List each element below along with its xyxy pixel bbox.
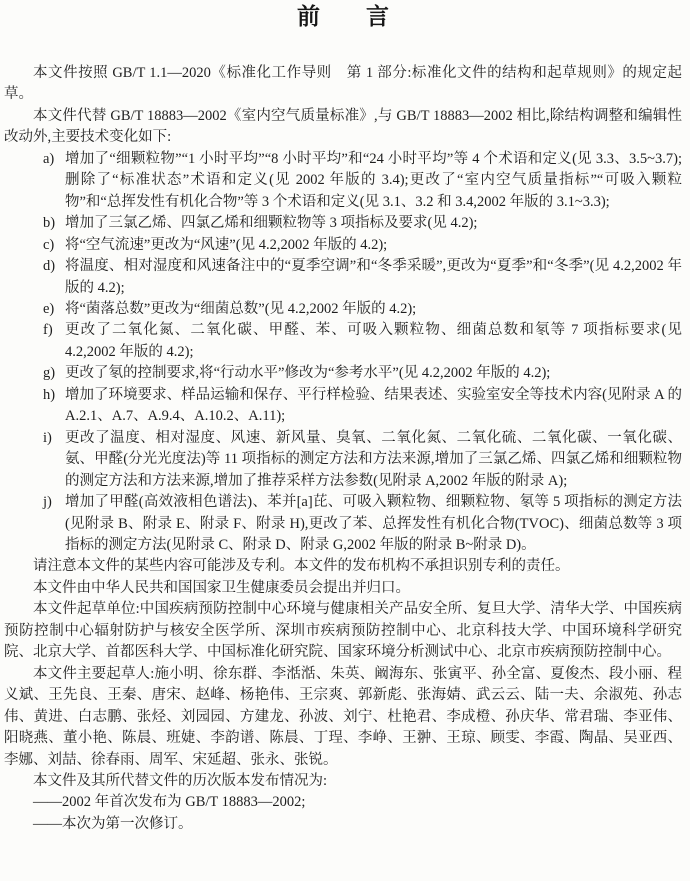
patent-notice-paragraph: 请注意本文件的某些内容可能涉及专利。本文件的发布机构不承担识别专利的责任。 bbox=[4, 556, 682, 577]
item-marker-g: g) bbox=[43, 363, 55, 384]
item-marker-a: a) bbox=[43, 149, 54, 170]
item-text-g: 更改了氡的控制要求,将“行动水平”修改为“参考水平”(见 4.2,2002 年版… bbox=[65, 365, 550, 381]
item-marker-d: d) bbox=[43, 256, 55, 277]
change-item-i: i)更改了温度、相对湿度、风速、新风量、臭氧、二氧化氮、二氧化硫、二氧化碳、一氧… bbox=[65, 428, 682, 492]
item-text-b: 增加了三氯乙烯、四氯乙烯和细颗粒物等 3 项指标及要求(见 4.2); bbox=[65, 215, 477, 231]
version-history-lead-paragraph: 本文件及其所代替文件的历次版本发布情况为: bbox=[4, 771, 682, 792]
change-item-h: h)增加了环境要求、样品运输和保存、平行样检验、结果表述、实验室安全等技术内容(… bbox=[65, 385, 682, 428]
item-text-d: 将温度、相对湿度和风速备注中的“夏季空调”和“冬季采暖”,更改为“夏季”和“冬季… bbox=[65, 258, 682, 295]
foreword-basis-paragraph: 本文件按照 GB/T 1.1—2020《标准化工作导则 第 1 部分:标准化文件… bbox=[4, 63, 682, 106]
replacement-paragraph: 本文件代替 GB/T 18883—2002《室内空气质量标准》,与 GB/T 1… bbox=[4, 106, 682, 149]
item-text-h: 增加了环境要求、样品运输和保存、平行样检验、结果表述、实验室安全等技术内容(见附… bbox=[65, 387, 682, 424]
item-marker-h: h) bbox=[43, 385, 55, 406]
item-marker-c: c) bbox=[43, 235, 54, 256]
item-marker-e: e) bbox=[43, 299, 54, 320]
history-item-current-revision: ——本次为第一次修订。 bbox=[4, 814, 682, 835]
item-text-e: 将“菌落总数”更改为“细菌总数”(见 4.2,2002 年版的 4.2); bbox=[65, 301, 416, 317]
change-item-c: c)将“空气流速”更改为“风速”(见 4.2,2002 年版的 4.2); bbox=[65, 235, 682, 256]
change-item-e: e)将“菌落总数”更改为“细菌总数”(见 4.2,2002 年版的 4.2); bbox=[65, 299, 682, 320]
item-marker-f: f) bbox=[43, 320, 53, 341]
change-item-j: j)增加了甲醛(高效液相色谱法)、苯并[a]芘、可吸入颗粒物、细颗粒物、氡等 5… bbox=[65, 492, 682, 556]
issuing-body-paragraph: 本文件由中华人民共和国国家卫生健康委员会提出并归口。 bbox=[4, 578, 682, 599]
item-text-i: 更改了温度、相对湿度、风速、新风量、臭氧、二氧化氮、二氧化硫、二氧化碳、一氧化碳… bbox=[65, 430, 682, 489]
standard-foreword-page: 前 言 本文件按照 GB/T 1.1—2020《标准化工作导则 第 1 部分:标… bbox=[0, 0, 690, 881]
item-text-j: 增加了甲醛(高效液相色谱法)、苯并[a]芘、可吸入颗粒物、细颗粒物、氡等 5 项… bbox=[65, 494, 682, 553]
change-item-b: b)增加了三氯乙烯、四氯乙烯和细颗粒物等 3 项指标及要求(见 4.2); bbox=[65, 213, 682, 234]
item-text-c: 将“空气流速”更改为“风速”(见 4.2,2002 年版的 4.2); bbox=[65, 237, 387, 253]
item-text-a: 增加了“细颗粒物”“1 小时平均”“8 小时平均”和“24 小时平均”等 4 个… bbox=[65, 151, 682, 210]
item-marker-i: i) bbox=[43, 428, 52, 449]
drafters-paragraph: 本文件主要起草人:施小明、徐东群、李湉湉、朱英、阚海东、张寅平、孙全富、夏俊杰、… bbox=[4, 664, 682, 771]
history-item-first-release: ——2002 年首次发布为 GB/T 18883—2002; bbox=[4, 792, 682, 813]
item-text-f: 更改了二氧化氮、二氧化碳、甲醛、苯、可吸入颗粒物、细菌总数和氡等 7 项指标要求… bbox=[65, 322, 682, 359]
change-item-g: g)更改了氡的控制要求,将“行动水平”修改为“参考水平”(见 4.2,2002 … bbox=[65, 363, 682, 384]
change-item-d: d)将温度、相对湿度和风速备注中的“夏季空调”和“冬季采暖”,更改为“夏季”和“… bbox=[65, 256, 682, 299]
drafting-organizations-paragraph: 本文件起草单位:中国疾病预防控制中心环境与健康相关产品安全所、复旦大学、清华大学… bbox=[4, 599, 682, 663]
item-marker-b: b) bbox=[43, 213, 55, 234]
change-item-f: f)更改了二氧化氮、二氧化碳、甲醛、苯、可吸入颗粒物、细菌总数和氡等 7 项指标… bbox=[65, 320, 682, 363]
item-marker-j: j) bbox=[43, 492, 52, 513]
page-title: 前 言 bbox=[4, 3, 682, 30]
change-item-a: a)增加了“细颗粒物”“1 小时平均”“8 小时平均”和“24 小时平均”等 4… bbox=[65, 149, 682, 213]
